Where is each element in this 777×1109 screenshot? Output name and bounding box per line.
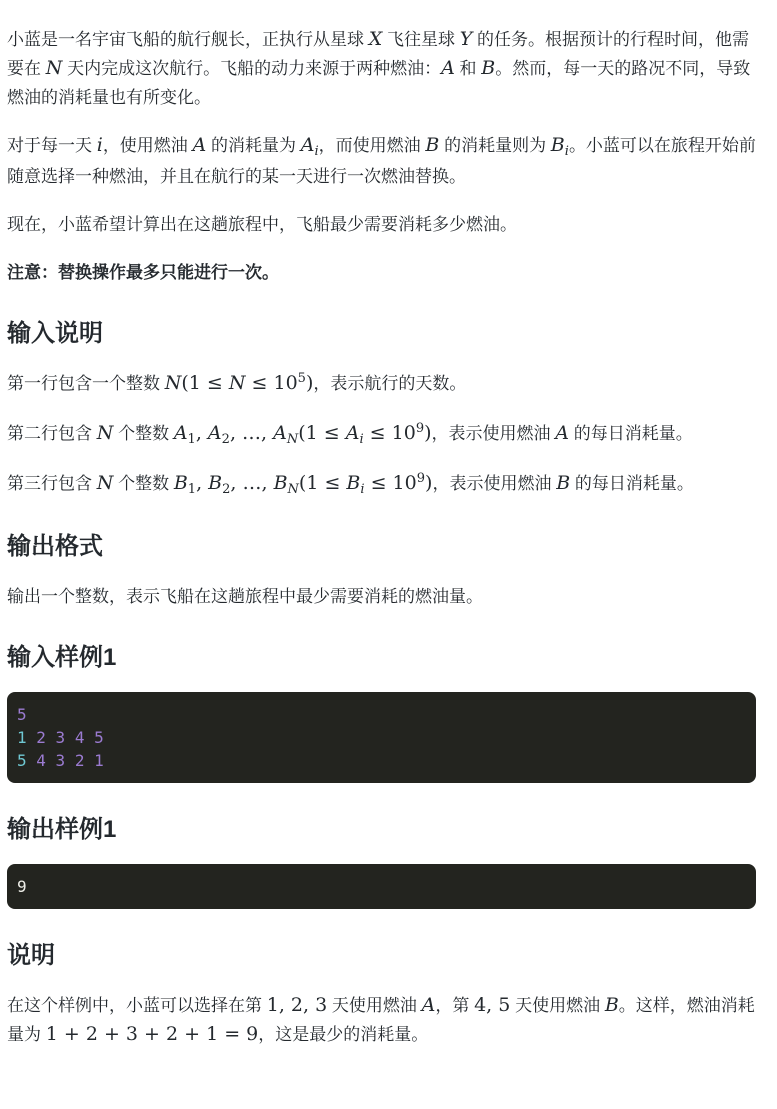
text-run: ，表示使用燃油 (432, 474, 556, 493)
text-run: 的消耗量为 (206, 136, 300, 155)
sample-input-code: 51 2 3 4 55 4 3 2 1 (7, 692, 756, 783)
math-token: i (360, 482, 364, 497)
text-run: 和 (455, 59, 481, 78)
explanation-paragraph-1: 在这个样例中，小蓝可以选择在第 1, 2, 3 天使用燃油 A，第 4, 5 天… (7, 991, 756, 1049)
math-token: B (174, 472, 188, 494)
code-token: 4 3 2 1 (36, 751, 103, 770)
text-run: 天使用燃油 (327, 996, 421, 1015)
math-token: , (196, 422, 208, 444)
math-token: A (273, 422, 287, 444)
code-token: 1 (17, 728, 27, 747)
code-token: 2 3 4 5 (36, 728, 103, 747)
text-run: 在这个样例中，小蓝可以选择在第 (7, 996, 267, 1015)
math-token: B (346, 472, 360, 494)
code-line: 9 (17, 875, 746, 898)
input-spec-line-3: 第三行包含 N 个整数 B1, B2, …, BN(1 ≤ Bi ≤ 109)，… (7, 469, 756, 500)
math-token: 2 (222, 482, 230, 497)
math-token: 5 (298, 371, 306, 386)
code-token: 5 (17, 705, 27, 724)
math-token: ) (424, 422, 431, 444)
math-token: B (208, 472, 222, 494)
math-token: A (555, 422, 569, 444)
text-run: 天内完成这次航行。飞船的动力来源于两种燃油： (62, 59, 441, 78)
math-token: Y (460, 28, 473, 50)
text-run: ，这是最少的消耗量。 (258, 1025, 428, 1044)
math-token: B (551, 134, 565, 156)
math-token: , …, (230, 472, 273, 494)
math-token: A (174, 422, 188, 444)
math-token: A (193, 134, 207, 156)
text-run: ，表示航行的天数。 (313, 374, 466, 393)
math-token: (1 ≤ (181, 372, 229, 394)
math-token: N (165, 372, 182, 394)
code-line: 5 (17, 703, 746, 726)
sample-output-heading: 输出样例1 (7, 813, 756, 846)
math-token: B (605, 994, 619, 1016)
math-token: N (229, 372, 246, 394)
math-token: A (346, 422, 360, 444)
output-spec-line-1: 输出一个整数，表示飞船在这趟旅程中最少需要消耗的燃油量。 (7, 582, 756, 611)
math-token: N (97, 422, 114, 444)
code-token (27, 728, 37, 747)
math-token: B (425, 134, 439, 156)
math-token: 9 (417, 471, 425, 486)
math-token: A (208, 422, 222, 444)
code-line: 5 4 3 2 1 (17, 749, 746, 772)
text-run: 第二行包含 (7, 424, 97, 443)
math-token: 1, 2, 3 (267, 994, 327, 1016)
math-token: ≤ 10 (245, 372, 297, 394)
math-token: i (565, 144, 569, 159)
math-token: ≤ 10 (364, 422, 416, 444)
math-token: 1 (188, 482, 196, 497)
explanation-heading: 说明 (7, 939, 756, 972)
code-line: 1 2 3 4 5 (17, 726, 746, 749)
statement-paragraph-2: 对于每一天 i，使用燃油 A 的消耗量为 Ai，而使用燃油 B 的消耗量则为 B… (7, 131, 756, 191)
sample-input-heading: 输入样例1 (7, 641, 756, 674)
output-spec-heading: 输出格式 (7, 530, 756, 563)
text-run: 的消耗量则为 (439, 136, 550, 155)
text-run: 的每日消耗量。 (570, 474, 694, 493)
math-token: B (556, 472, 570, 494)
text-run: 现在，小蓝希望计算出在这趟旅程中，飞船最少需要消耗多少燃油。 (7, 215, 517, 234)
math-token: N (287, 432, 298, 447)
text-run: 的每日消耗量。 (569, 424, 693, 443)
text-run: 第一行包含一个整数 (7, 374, 165, 393)
math-token: A (301, 134, 315, 156)
math-token: i (359, 432, 363, 447)
text-run: 飞往星球 (382, 30, 459, 49)
text-run: 对于每一天 (7, 136, 97, 155)
problem-statement: 小蓝是一名宇宙飞船的航行舰长，正执行从星球 X 飞往星球 Y 的任务。根据预计的… (7, 25, 756, 1049)
math-token: , (196, 472, 208, 494)
math-token: 1 (188, 432, 196, 447)
math-token: A (422, 994, 436, 1016)
math-token: ≤ 10 (365, 472, 417, 494)
text-run: 输出一个整数，表示飞船在这趟旅程中最少需要消耗的燃油量。 (7, 587, 483, 606)
sample-output-code: 9 (7, 864, 756, 909)
statement-note: 注意：替换操作最多只能进行一次。 (7, 258, 756, 287)
math-token: N (97, 472, 114, 494)
text-run: ，而使用燃油 (319, 136, 426, 155)
code-token: 9 (17, 877, 27, 896)
statement-paragraph-1: 小蓝是一名宇宙飞船的航行舰长，正执行从星球 X 飞往星球 Y 的任务。根据预计的… (7, 25, 756, 112)
text-run: ，表示使用燃油 (432, 424, 556, 443)
text-run: 个整数 (113, 424, 173, 443)
math-token: (1 ≤ (299, 472, 347, 494)
text-run: 个整数 (113, 474, 173, 493)
input-spec-line-1: 第一行包含一个整数 N(1 ≤ N ≤ 105)，表示航行的天数。 (7, 369, 756, 400)
math-token: 2 (222, 432, 230, 447)
math-token: N (46, 57, 63, 79)
math-token: B (274, 472, 288, 494)
math-token: 4, 5 (474, 994, 510, 1016)
math-token: 1 + 2 + 3 + 2 + 1 = 9 (46, 1023, 259, 1045)
code-token (27, 751, 37, 770)
math-token: , …, (230, 422, 273, 444)
input-spec-heading: 输入说明 (7, 317, 756, 350)
math-token: B (481, 57, 495, 79)
math-token: A (441, 57, 455, 79)
math-token: X (369, 28, 383, 50)
code-token: 5 (17, 751, 27, 770)
math-token: 9 (416, 421, 424, 436)
math-token: N (288, 482, 299, 497)
statement-paragraph-3: 现在，小蓝希望计算出在这趟旅程中，飞船最少需要消耗多少燃油。 (7, 210, 756, 239)
input-spec-line-2: 第二行包含 N 个整数 A1, A2, …, AN(1 ≤ Ai ≤ 109)，… (7, 419, 756, 450)
text-run: 第三行包含 (7, 474, 97, 493)
math-token: (1 ≤ (298, 422, 346, 444)
text-run: 小蓝是一名宇宙飞船的航行舰长，正执行从星球 (7, 30, 369, 49)
math-token: i (314, 144, 318, 159)
text-run: ，使用燃油 (103, 136, 193, 155)
text-run: ，第 (435, 996, 474, 1015)
text-run: 天使用燃油 (510, 996, 604, 1015)
